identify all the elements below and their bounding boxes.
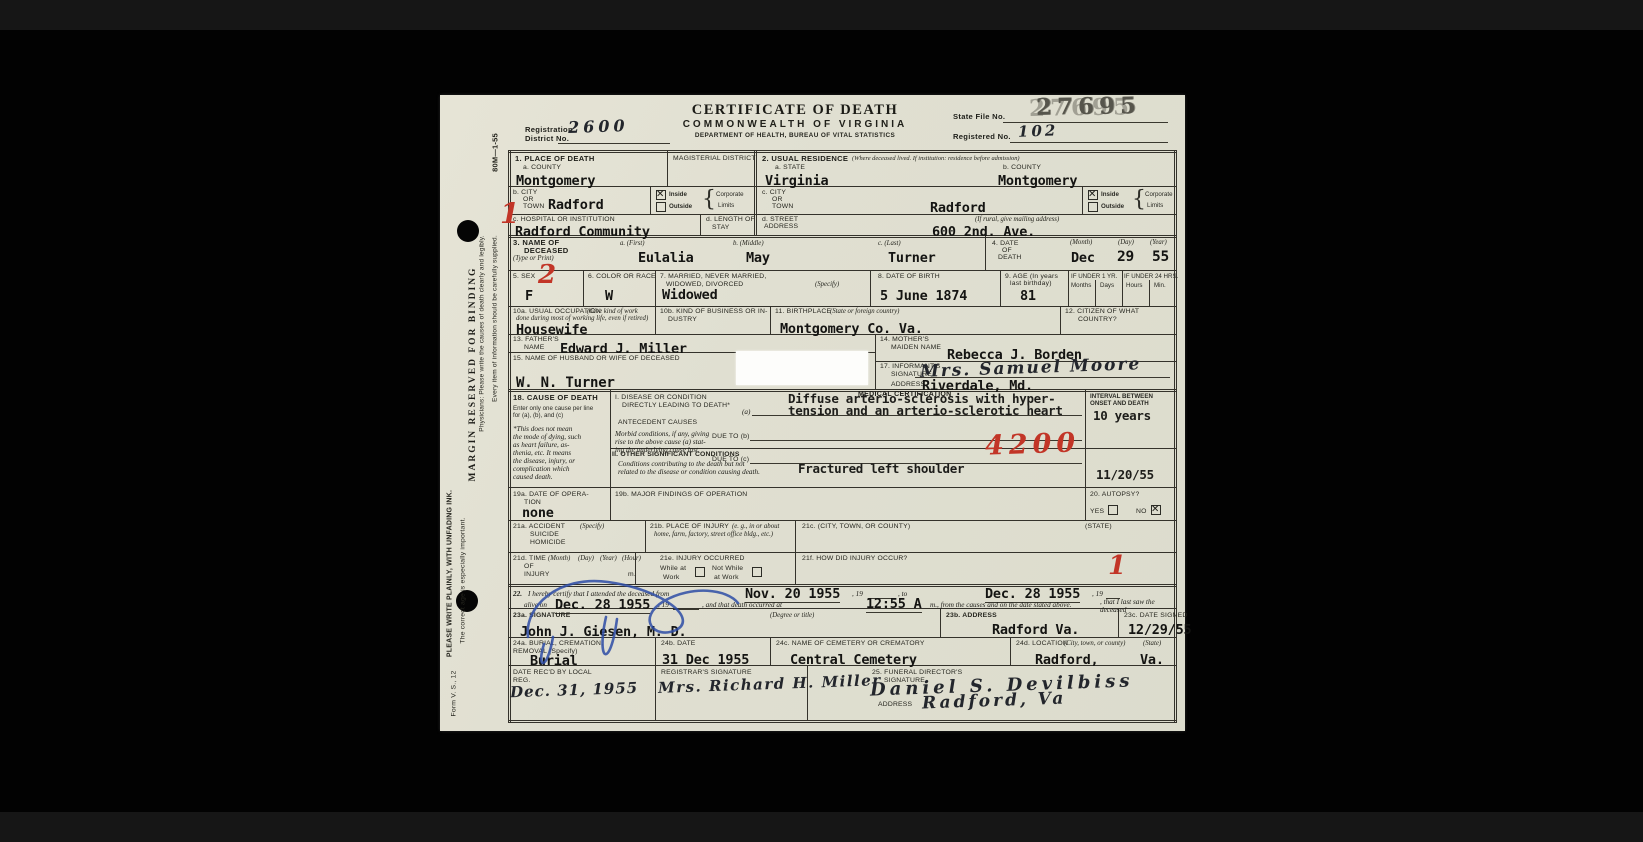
cause-enter-note-2: for (a), (b), and (c) <box>513 412 563 419</box>
physician-address-label: 23b. ADDRESS <box>946 612 997 619</box>
interval-label-2: ONSET AND DEATH <box>1090 400 1149 407</box>
registered-number: 102 <box>1018 121 1059 140</box>
registration-label-line2: District No. <box>525 134 569 143</box>
certify-time-of-death: 12:55 A <box>866 596 922 613</box>
field2-limits-label: Limits <box>1147 202 1163 209</box>
grid-line <box>1010 637 1011 665</box>
state-file-number-stamp: 27695 <box>1036 92 1141 121</box>
cause-of-death-title: 18. CAUSE OF DEATH <box>513 393 598 402</box>
date-received-label-1: DATE REC'D BY LOCAL <box>513 669 592 676</box>
cemetery-location-label: 24d. LOCATION <box>1016 640 1068 647</box>
under-24hrs-hours-label: Hours <box>1126 282 1143 289</box>
certify-text-6: alive on <box>524 601 547 609</box>
business-label-2: DUSTRY <box>668 316 697 323</box>
burial-date-label: 24b. DATE <box>661 640 696 647</box>
grid-line <box>1082 186 1083 214</box>
major-findings-label: 19b. MAJOR FINDINGS OF OPERATION <box>615 491 747 498</box>
injury-occurred-label: 21e. INJURY OCCURRED <box>660 555 745 562</box>
last-name-label: c. (Last) <box>878 240 901 247</box>
registered-underline <box>1010 142 1168 143</box>
mother-label-2: MAIDEN NAME <box>891 344 941 351</box>
redaction-box <box>736 351 868 385</box>
middle-name-value: May <box>746 250 770 266</box>
field1-outside-label: Outside <box>669 203 692 210</box>
street-note: (If rural, give mailing address) <box>975 216 1059 223</box>
funeral-address-value: Radford, Va <box>922 688 1067 713</box>
cause-footnote-4: thenia, etc. It means <box>513 449 571 457</box>
injury-year-label: (Year) <box>600 555 617 562</box>
street-label-2: ADDRESS <box>764 223 798 230</box>
field1-outside-checkbox <box>656 202 666 212</box>
funeral-address-label: ADDRESS <box>878 701 912 708</box>
grid-line <box>770 637 771 665</box>
date-signed-value: 12/29/55 <box>1128 622 1191 638</box>
birthplace-value: Montgomery Co. Va. <box>780 321 923 337</box>
grid-line <box>1122 270 1123 306</box>
certificate-title: CERTIFICATE OF DEATH <box>640 102 950 119</box>
field2-city-value: Radford <box>930 200 986 216</box>
injury-red-annotation: 1 <box>1108 551 1126 581</box>
grid-line <box>655 637 656 665</box>
grid-line <box>667 150 668 186</box>
married-label-1: 7. MARRIED, NEVER MARRIED, <box>660 273 766 280</box>
cause-a-line <box>752 415 1082 416</box>
accident-label-1: 21a. ACCIDENT <box>513 523 565 530</box>
sex-label: 5. SEX <box>513 273 535 280</box>
antecedent-label: ANTECEDENT CAUSES <box>618 419 697 426</box>
field1-limits-label: Limits <box>718 202 734 209</box>
field1-inside-label: Inside <box>669 191 687 198</box>
field2-inside-label: Inside <box>1101 191 1119 198</box>
grid-line <box>508 214 1176 215</box>
autopsy-no-checkbox <box>1151 505 1161 515</box>
field2-county-label: b. COUNTY <box>1003 164 1041 171</box>
field2-city-label-3: TOWN <box>772 203 793 210</box>
color-race-value: W <box>605 288 613 304</box>
grid-line <box>985 235 986 270</box>
date-of-birth-value: 5 June 1874 <box>880 288 967 304</box>
accident-label-3: HOMICIDE <box>530 539 566 546</box>
date-received-value: Dec. 31, 1955 <box>510 679 639 701</box>
cause-footnote-2: the mode of dying, such <box>513 433 581 441</box>
top-letterbox-band <box>0 0 1643 30</box>
grid-line <box>655 306 656 334</box>
injury-day-label: (Day) <box>578 555 594 562</box>
field2-title: 2. USUAL RESIDENCE <box>762 154 848 163</box>
accident-specify-note: (Specify) <box>580 523 604 530</box>
while-at-label-2: Work <box>663 574 680 581</box>
table-left-border <box>508 150 511 723</box>
interval-label-1: INTERVAL BETWEEN <box>1090 393 1153 400</box>
due-to-b-label: DUE TO (b) <box>712 433 750 440</box>
injury-m-label: m. <box>628 571 636 578</box>
cause-footnote-1: *This does not mean <box>513 425 572 433</box>
registered-no-label: Registered No. <box>953 132 1011 141</box>
margin-form-number: Form V. S., 12 <box>451 664 458 724</box>
grid-line <box>650 186 651 214</box>
field1-title: 1. PLACE OF DEATH <box>515 154 595 163</box>
autopsy-no-label: NO <box>1136 508 1147 515</box>
punch-hole-top <box>457 220 479 242</box>
grid-line <box>508 487 1176 488</box>
cause-enter-note-1: Enter only one cause per line <box>513 405 593 412</box>
morbid-note-1: Morbid conditions, if any, giving <box>615 430 709 438</box>
first-name-value: Eulalia <box>638 250 694 266</box>
death-month-label: (Month) <box>1070 239 1092 246</box>
last-name-value: Turner <box>888 250 936 266</box>
cause-footnote-3: as heart failure, as- <box>513 441 569 449</box>
disease-label-1: I. DISEASE OR CONDITION <box>615 394 707 401</box>
under-24hrs-label: IF UNDER 24 HRS. <box>1124 273 1178 280</box>
other-conditions-note-1: Conditions contributing to the death but… <box>618 460 745 468</box>
department-line: DEPARTMENT OF HEALTH, BUREAU OF VITAL ST… <box>640 132 950 139</box>
under-1yr-months-label: Months <box>1071 282 1091 289</box>
married-value: Widowed <box>662 287 718 303</box>
death-day-label: (Day) <box>1118 239 1134 246</box>
under-1yr-label: IF UNDER 1 YR. <box>1071 273 1117 280</box>
physician-signature-label: 23a. SIGNATURE <box>513 612 570 619</box>
date-of-death-label-1: 4. DATE <box>992 240 1019 247</box>
other-conditions-note-2: related to the disease or condition caus… <box>618 468 760 476</box>
grid-line <box>700 214 701 235</box>
not-while-label-2: at Work <box>714 574 739 581</box>
certify-text-8: , and that death occurred at <box>702 601 782 609</box>
registrar-signature-label: REGISTRAR'S SIGNATURE <box>661 669 752 676</box>
operation-date-value: none <box>522 505 554 521</box>
married-specify-note: (Specify) <box>815 281 839 288</box>
time-of-injury-label-2: OF <box>524 563 534 570</box>
field1-city-label-2: OR <box>523 196 534 203</box>
color-race-label: 6. COLOR OR RACE <box>588 273 656 280</box>
cause-a-label: (a) <box>742 408 750 416</box>
sex-value: F <box>525 288 533 304</box>
certify-text-7: , 19 <box>658 601 669 609</box>
margin-correct-age-note: The correct age is especially important. <box>460 456 467 706</box>
autopsy-yes-checkbox <box>1108 505 1118 515</box>
grid-line <box>508 306 1176 307</box>
field1-city-label-1: b. CITY <box>513 189 537 196</box>
interval-value-a: 10 years <box>1093 408 1151 423</box>
age-label-2: last birthday) <box>1010 280 1052 287</box>
grid-line <box>508 270 1176 271</box>
burial-date-value: 31 Dec 1955 <box>662 652 749 668</box>
margin-every-item-note: Every item of information should be care… <box>492 184 499 454</box>
how-injury-label: 21f. HOW DID INJURY OCCUR? <box>802 555 907 562</box>
informant-address-label: ADDRESS <box>891 381 925 388</box>
field1-corporate-label: Corporate <box>716 191 744 198</box>
grid-line <box>875 334 876 389</box>
margin-physicians-note: Physicians: Please write the causes of d… <box>479 184 486 484</box>
grid-line <box>508 520 1176 521</box>
field2-inside-checkbox <box>1088 190 1098 200</box>
table-bottom-border <box>508 720 1176 723</box>
place-of-injury-label: 21b. PLACE OF INJURY <box>650 523 729 530</box>
autopsy-yes-label: YES <box>1090 508 1104 515</box>
cause-footnote-7: caused death. <box>513 473 553 481</box>
age-label-1: 9. AGE (In years <box>1005 273 1058 280</box>
death-day-value: 29 <box>1117 249 1134 265</box>
street-label-1: d. STREET <box>762 216 798 223</box>
certify-text-9: m., from the causes and on the date stat… <box>930 601 1071 609</box>
under-24hrs-min-label: Min. <box>1154 282 1166 289</box>
middle-name-label: b. (Middle) <box>733 240 764 247</box>
burial-label-1: 24a. BURIAL, CREMATION, <box>513 640 603 647</box>
field2-state-value: Virginia <box>765 173 828 189</box>
grid-line <box>610 389 611 520</box>
bottom-letterbox-band <box>0 812 1643 842</box>
cemetery-state-value: Va. <box>1140 652 1164 668</box>
name-label-2: DECEASED <box>524 246 569 255</box>
age-value: 81 <box>1020 288 1036 304</box>
field2-brace-icon <box>1132 187 1146 212</box>
grid-line <box>795 520 796 585</box>
certify-text-2: , 19 <box>852 590 863 598</box>
cause-footnote-5: the disease, injury, or <box>513 457 575 465</box>
mother-label-1: 14. MOTHER'S <box>880 336 929 343</box>
death-certificate-page: PLEASE WRITE PLAINLY, WITH UNFADING INK.… <box>440 95 1185 731</box>
grid-line <box>645 520 646 552</box>
blank-line <box>673 609 699 610</box>
length-of-stay-label-2: STAY <box>712 224 730 231</box>
certify-text-4: , 19 <box>1092 590 1103 598</box>
time-of-injury-label-3: INJURY <box>524 571 550 578</box>
injury-state-label: (STATE) <box>1085 523 1112 530</box>
grid-line <box>770 306 771 334</box>
magisterial-district-label: MAGISTERIAL DISTRICT <box>673 155 756 162</box>
certify-number: 22. <box>513 590 522 598</box>
cemetery-state-note: (State) <box>1143 640 1161 647</box>
physician-signature-value: John J. Giesen, M. D. <box>520 624 686 640</box>
field2-state-label: a. STATE <box>775 164 805 171</box>
red-code-annotation: 4200 <box>984 427 1080 461</box>
occupation-note-2: done during most of working life, even i… <box>516 315 648 322</box>
registration-underline <box>558 143 670 144</box>
margin-stock-code: 80M—1-55 <box>491 118 500 188</box>
time-of-injury-label-1: 21d. TIME <box>513 555 546 562</box>
grid-line <box>508 552 1176 553</box>
grid-line <box>655 665 656 720</box>
autopsy-label: 20. AUTOPSY? <box>1090 491 1140 498</box>
grid-line <box>583 270 584 306</box>
table-top-border <box>508 150 1176 153</box>
grid-line <box>1085 389 1086 520</box>
field1-inside-checkbox <box>656 190 666 200</box>
hospital-label: c. HOSPITAL OR INSTITUTION <box>513 216 615 223</box>
funeral-director-label-1: 25. FUNERAL DIRECTOR'S <box>872 669 962 676</box>
degree-or-title-note: (Degree or title) <box>770 612 814 619</box>
field1-county-label: a. COUNTY <box>523 164 561 171</box>
birthplace-label: 11. BIRTHPLACE <box>775 308 831 315</box>
burial-value: Burial <box>530 653 578 669</box>
while-at-label-1: While at <box>660 565 686 572</box>
citizen-label-1: 12. CITIZEN OF WHAT <box>1065 308 1139 315</box>
field1-brace-icon <box>702 187 716 212</box>
cemetery-label: 24c. NAME OF CEMETERY OR CREMATORY <box>776 640 925 647</box>
field2-outside-checkbox <box>1088 202 1098 212</box>
date-of-birth-label: 8. DATE OF BIRTH <box>878 273 940 280</box>
injury-city-label: 21c. (CITY, TOWN, OR COUNTY) <box>802 523 910 530</box>
place-of-injury-note-2: home, farm, factory, street office bldg.… <box>654 531 773 538</box>
father-label-1: 13. FATHER'S <box>513 336 559 343</box>
hospital-red-annotation: 1 <box>500 197 519 230</box>
other-conditions-value: Fractured left shoulder <box>798 461 964 476</box>
death-year-value: 55 <box>1152 249 1169 265</box>
commonwealth-subtitle: COMMONWEALTH OF VIRGINIA <box>640 119 950 130</box>
husband-wife-label: 15. NAME OF HUSBAND OR WIFE OF DECEASED <box>513 355 680 362</box>
husband-wife-value: W. N. Turner <box>516 375 615 391</box>
occupation-note-1: (Give kind of work <box>587 308 638 315</box>
other-conditions-label: II. OTHER SIGNIFICANT CONDITIONS <box>612 451 740 458</box>
place-of-injury-note-1: (e. g., in or about <box>732 523 779 530</box>
length-of-stay-label-1: d. LENGTH OF <box>706 216 755 223</box>
field2-city-label-2: OR <box>772 196 783 203</box>
field2-corporate-label: Corporate <box>1145 191 1173 198</box>
screenshot-stage: PLEASE WRITE PLAINLY, WITH UNFADING INK.… <box>0 0 1643 842</box>
cemetery-city-value: Radford, <box>1035 652 1098 668</box>
registration-district-number: 2600 <box>568 116 629 137</box>
field1-county-value: Montgomery <box>516 173 595 189</box>
death-month-value: Dec <box>1071 250 1095 266</box>
field2-city-label-1: c. CITY <box>762 189 786 196</box>
first-name-label: a. (First) <box>620 240 645 247</box>
date-of-death-label-2: OF <box>1002 247 1012 254</box>
under-1yr-days-label: Days <box>1100 282 1114 289</box>
sex-red-annotation: 2 <box>538 260 556 290</box>
cause-footnote-6: complication which <box>513 465 570 473</box>
grid-line <box>1068 270 1069 306</box>
field1-city-value: Radford <box>548 197 604 213</box>
birthplace-note: (State or foreign country) <box>830 308 899 315</box>
field2-outside-label: Outside <box>1101 203 1124 210</box>
grid-line <box>1149 280 1150 306</box>
grid-line <box>940 608 941 637</box>
injury-month-label: (Month) <box>548 555 570 562</box>
margin-binding-note: MARGIN RESERVED FOR BINDING <box>468 249 478 499</box>
not-while-at-work-checkbox <box>752 567 762 577</box>
registration-label-line1: Registration <box>525 125 573 134</box>
physician-address-value: Radford Va. <box>992 622 1079 638</box>
cemetery-value: Central Cemetery <box>790 652 917 668</box>
street-value: 600 2nd. Ave. <box>932 224 1035 240</box>
disease-label-2: DIRECTLY LEADING TO DEATH* <box>622 402 730 409</box>
field2-note: (Where deceased lived. If institution: r… <box>852 155 1020 162</box>
interval-value-other: 11/20/55 <box>1096 467 1154 482</box>
death-year-label: (Year) <box>1150 239 1167 246</box>
not-while-label-1: Not While <box>712 565 743 572</box>
grid-line <box>1060 306 1061 334</box>
state-file-label: State File No. <box>953 112 1005 121</box>
field1-city-label-3: TOWN <box>523 203 544 210</box>
morbid-note-2: rise to the above cause (a) stat- <box>615 438 706 446</box>
accident-label-2: SUICIDE <box>530 531 559 538</box>
while-at-work-checkbox <box>695 567 705 577</box>
grid-line <box>1095 280 1096 306</box>
father-label-2: NAME <box>524 344 544 351</box>
citizen-label-2: COUNTRY? <box>1078 316 1117 323</box>
grid-line <box>1000 270 1001 306</box>
cemetery-location-note: (City, town, or county) <box>1064 640 1125 647</box>
date-of-death-label-3: DEATH <box>998 254 1022 261</box>
grid-line <box>870 270 871 306</box>
field2-county-value: Montgomery <box>998 173 1077 189</box>
injury-hour-label: (Hour) <box>622 555 641 562</box>
business-label-1: 10b. KIND OF BUSINESS OR IN- <box>660 308 768 315</box>
operation-date-label-1: 19a. DATE OF OPERA- <box>513 491 589 498</box>
date-signed-label: 23c. DATE SIGNED <box>1124 612 1188 619</box>
